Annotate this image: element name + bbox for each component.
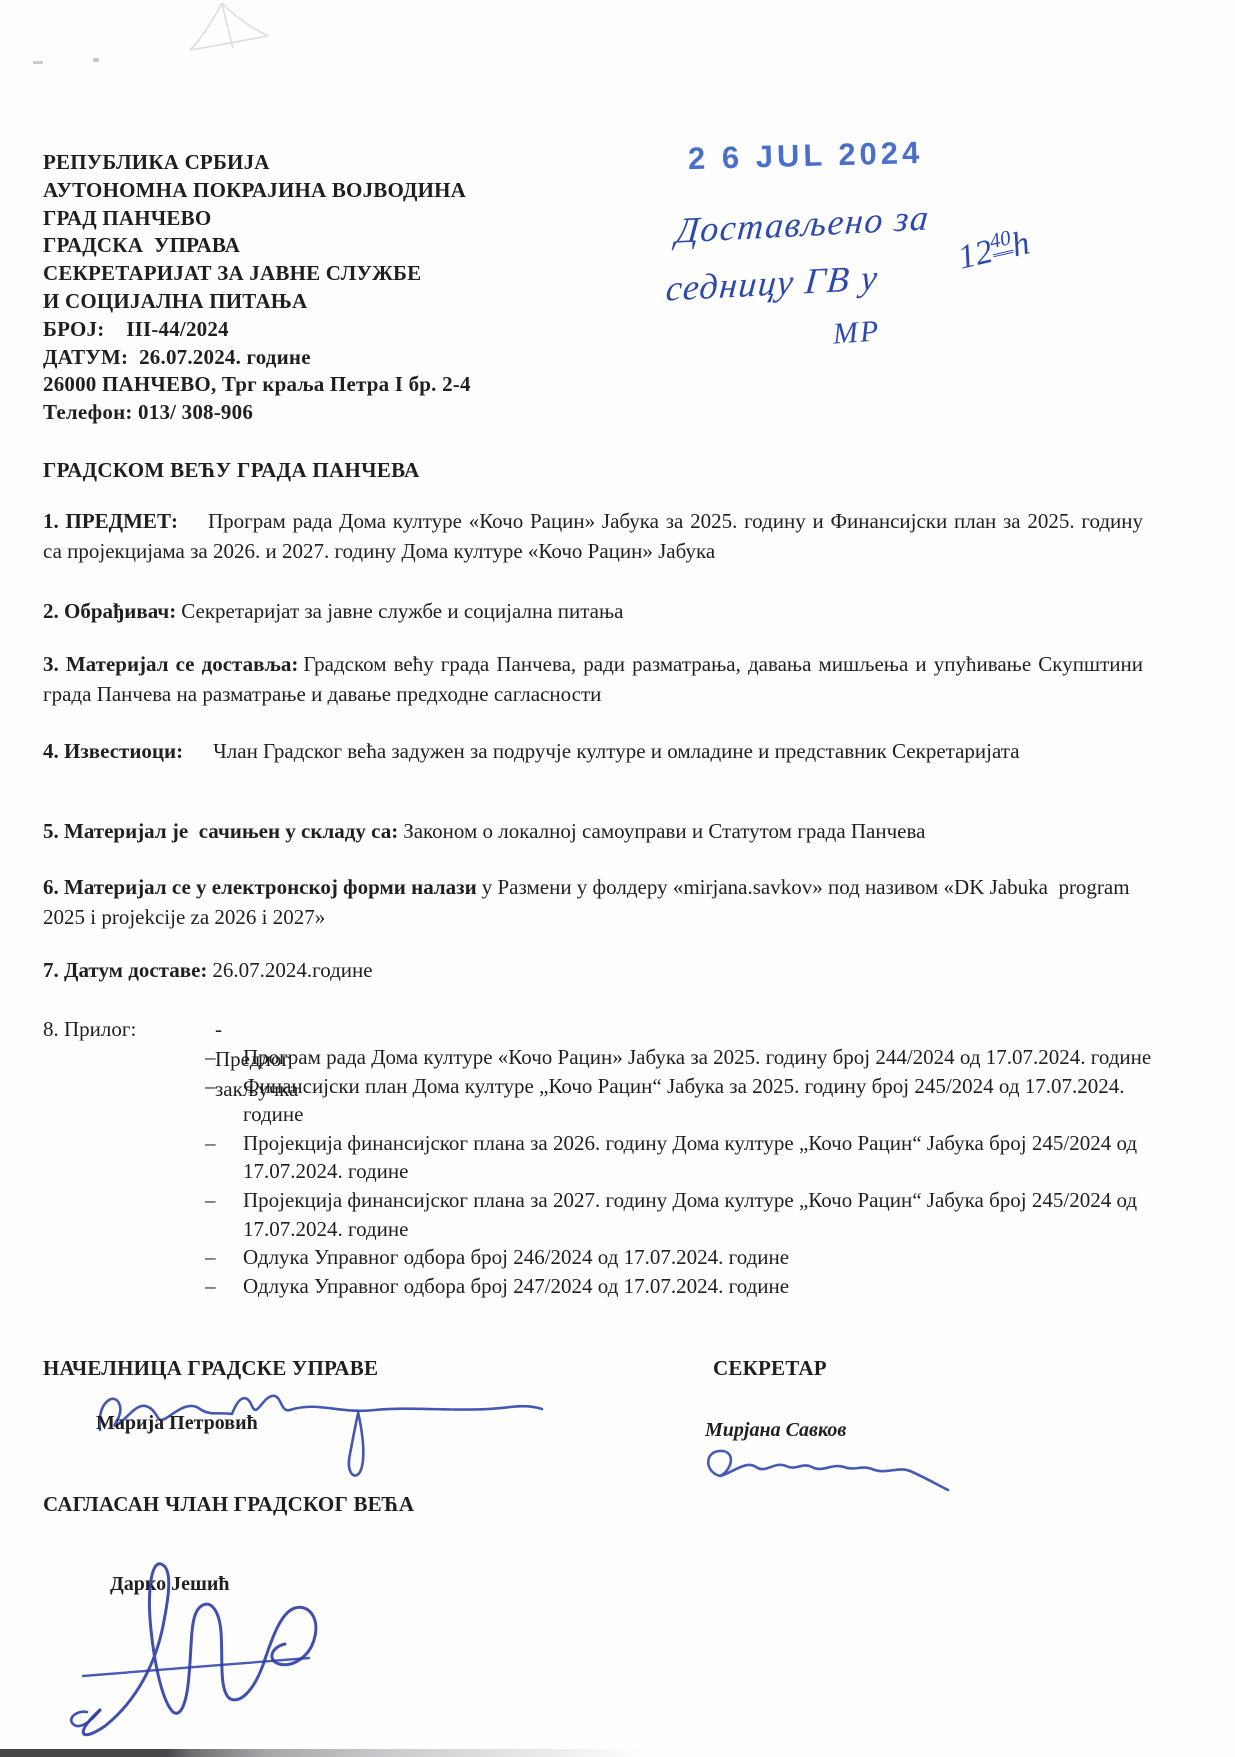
attachment-text: Пројекција финансијског плана за 2026. г… bbox=[243, 1129, 1155, 1186]
header-line-phone: Телефон: 013/ 308-906 bbox=[43, 399, 471, 427]
dash-marker: – bbox=[205, 1243, 243, 1272]
letterhead: РЕПУБЛИКА СРБИЈА АУТОНОМНА ПОКРАЈИНА ВОЈ… bbox=[43, 149, 471, 427]
scanned-document-page: РЕПУБЛИКА СРБИЈА АУТОНОМНА ПОКРАЈИНА ВОЈ… bbox=[0, 0, 1235, 1757]
attachment-row: – Финансијски план Дома културе „Кочо Ра… bbox=[205, 1072, 1155, 1129]
recipient-line: ГРАДСКОМ ВЕЋУ ГРАДА ПАНЧЕВА bbox=[43, 458, 420, 483]
attachment-text: Пројекција финансијског плана за 2027. г… bbox=[243, 1186, 1155, 1243]
header-line-admin: ГРАДСКА УПРАВА bbox=[43, 232, 471, 260]
header-line-republic: РЕПУБЛИКА СРБИЈА bbox=[43, 149, 471, 177]
attachment-row: – Програм рада Дома културе «Кочо Рацин»… bbox=[205, 1043, 1155, 1072]
handwritten-initials: МР bbox=[832, 314, 882, 351]
item-processor-label: 2. Обрађивач: bbox=[43, 599, 176, 623]
attachment-row: – Одлука Управног одбора број 246/2024 о… bbox=[205, 1243, 1155, 1272]
dash-marker: – bbox=[205, 1043, 243, 1072]
attachment-text: Програм рада Дома културе «Кочо Рацин» Ј… bbox=[243, 1043, 1155, 1072]
item-legal-basis: 5. Материјал је сачињен у складу са:Зако… bbox=[43, 816, 1143, 846]
scan-artifact-bottom-strip bbox=[0, 1749, 640, 1757]
scan-artifact-speck bbox=[93, 58, 99, 62]
item-attachment-label: 8. Прилог: bbox=[43, 1017, 136, 1041]
header-line-city: ГРАД ПАНЧЕВО bbox=[43, 205, 471, 233]
scan-artifact-scribble bbox=[160, 0, 290, 60]
item-delivery-date-label: 7. Датум доставе: bbox=[43, 958, 207, 982]
header-line-province: АУТОНОМНА ПОКРАЈИНА ВОЈВОДИНА bbox=[43, 177, 471, 205]
dash-marker: – bbox=[205, 1129, 243, 1158]
item-electronic-form-label: 6. Материјал се у електронској форми нал… bbox=[43, 875, 477, 899]
header-line-secretariat: СЕКРЕТАРИЈАТ ЗА ЈАВНЕ СЛУЖБЕ bbox=[43, 260, 471, 288]
attachment-row: – Одлука Управног одбора број 247/2024 о… bbox=[205, 1272, 1155, 1301]
header-line-social: И СОЦИЈАЛНА ПИТАЊА bbox=[43, 288, 471, 316]
item-subject-text: Програм рада Дома културе «Кочо Рацин» Ј… bbox=[43, 509, 1143, 563]
dash-marker: – bbox=[205, 1272, 243, 1301]
signature-mirjana-savkov bbox=[692, 1438, 962, 1498]
item-delivery-date: 7. Датум доставе:26.07.2024.године bbox=[43, 955, 1143, 985]
item-delivery-label: 3. Материјал се доставља: bbox=[43, 652, 298, 676]
signature-darko-jesic bbox=[55, 1550, 365, 1750]
item-electronic-form: 6. Материјал се у електронској форми нал… bbox=[43, 872, 1143, 932]
item-processor: 2. Обрађивач:Секретаријат за јавне служб… bbox=[43, 596, 1143, 626]
header-line-number: БРОЈ: III-44/2024 bbox=[43, 316, 471, 344]
item-reporters: 4. Известиоци:Члан Градског већа задужен… bbox=[43, 736, 1143, 766]
handwritten-time: 1240h bbox=[955, 224, 1034, 277]
item-reporters-label: 4. Известиоци: bbox=[43, 739, 183, 763]
attachment-row: – Пројекција финансијског плана за 2026.… bbox=[205, 1129, 1155, 1186]
item-legal-basis-text: Законом о локалној самоуправи и Статутом… bbox=[403, 819, 925, 843]
attachment-list: – Програм рада Дома културе «Кочо Рацин»… bbox=[205, 1043, 1155, 1300]
item-reporters-text: Члан Градског већа задужен за подручје к… bbox=[213, 739, 1019, 763]
item-legal-basis-label: 5. Материјал је сачињен у складу са: bbox=[43, 819, 398, 843]
dash-marker: – bbox=[205, 1186, 243, 1215]
attachment-text: Финансијски план Дома културе „Кочо Раци… bbox=[243, 1072, 1155, 1129]
attachment-text: Одлука Управног одбора број 246/2024 од … bbox=[243, 1243, 1155, 1272]
received-date-stamp: 2 6 JUL 2024 bbox=[688, 135, 924, 177]
handwritten-note-line1: Достављено за bbox=[674, 196, 931, 252]
scan-artifact-speck bbox=[33, 61, 43, 64]
item-subject-label: 1. ПРЕДМЕТ: bbox=[43, 509, 178, 533]
attachment-text: Одлука Управног одбора број 247/2024 од … bbox=[243, 1272, 1155, 1301]
chief-name: Марија Петровић bbox=[96, 1412, 258, 1435]
header-line-date: ДАТУМ: 26.07.2024. године bbox=[43, 344, 471, 372]
header-line-address: 26000 ПАНЧЕВО, Трг краља Петра I бр. 2-4 bbox=[43, 371, 471, 399]
consent-title: САГЛАСАН ЧЛАН ГРАДСКОГ ВЕЋА bbox=[43, 1492, 414, 1517]
item-processor-text: Секретаријат за јавне службе и социјална… bbox=[181, 599, 623, 623]
item-delivery-date-text: 26.07.2024.године bbox=[212, 958, 372, 982]
item-attachment: 8. Прилог: - Предлог закључка bbox=[43, 1014, 136, 1044]
secretary-title: СЕКРЕТАР bbox=[713, 1356, 827, 1381]
attachment-row: – Пројекција финансијског плана за 2027.… bbox=[205, 1186, 1155, 1243]
item-delivery: 3. Материјал се доставља:Градском већу г… bbox=[43, 649, 1143, 709]
dash-marker: – bbox=[205, 1072, 243, 1101]
item-subject: 1. ПРЕДМЕТ:Програм рада Дома културе «Ко… bbox=[43, 506, 1143, 566]
handwritten-note-line2: седницу ГВ у bbox=[664, 256, 880, 309]
